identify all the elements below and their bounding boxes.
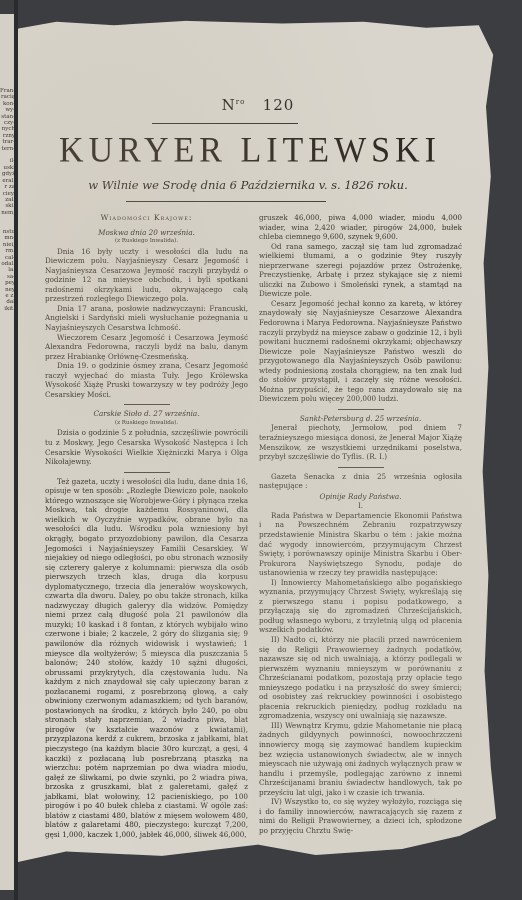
opinion-heading: Opinije Rady Państwa. xyxy=(259,492,462,502)
publication-dateline: w Wilnie we Srodę dnia 6 Października v.… xyxy=(8,178,488,192)
roman-numeral: I. xyxy=(259,501,462,511)
article-paragraph: Dzisia o godzinie 5 z południa, szczęśli… xyxy=(45,428,248,466)
petersburg-dateline: Sankt-Petersburg d. 25 września. xyxy=(259,414,462,424)
right-column: gruszek 46,000, piwa 4,000 wiader, miodu… xyxy=(259,213,462,835)
masthead-rule-bottom xyxy=(126,201,326,202)
article-paragraph: Jenerał piechoty, Jermołow, pod dniem 7 … xyxy=(259,423,462,461)
issue-prefix: N xyxy=(222,96,236,114)
moskwa-source: (z Ruskiego Inwalida). xyxy=(45,237,248,247)
article-paragraph: Też gazeta, uczty i wesołości dla ludu, … xyxy=(45,477,248,840)
article-paragraph: II) Nadto ci, którzy nie płacili przed n… xyxy=(259,635,462,721)
newspaper-page: Nro 120 KURYER LITEWSKI w Wilnie we Srod… xyxy=(18,20,498,888)
issue-suffix: ro xyxy=(236,98,246,106)
newspaper-title: KURYER LITEWSKI xyxy=(10,131,490,171)
section-heading: Wiadomości Krajowe: xyxy=(45,213,248,223)
article-separator xyxy=(124,404,170,405)
article-paragraph: I) Innowiercy Mahometańskiego albo pogań… xyxy=(259,578,462,635)
article-paragraph: Rada Państwa w Departamencie Ekonomii Pa… xyxy=(259,511,462,578)
book-binding-gutter xyxy=(14,0,18,900)
article-paragraph: Dnia 19. o godzinie ósmey zrana, Cesarz … xyxy=(45,361,248,399)
article-paragraph: Dnia 16 były uczty i wesołości dla ludu … xyxy=(45,247,248,304)
article-paragraph: Wieczorem Cesarz Jegomość i Cesarzowa Je… xyxy=(45,333,248,362)
masthead-rule-top xyxy=(152,123,298,124)
article-paragraph: Dnia 17 arana, posłowie nadzwyczayni: Fr… xyxy=(45,304,248,333)
article-paragraph: III) Wewnątrz Krymu, gdzie Mahometanie n… xyxy=(259,721,462,797)
article-separator xyxy=(338,409,384,410)
issue-number: Nro 120 xyxy=(18,96,498,114)
issue-number-value: 120 xyxy=(263,96,295,114)
carskie-sielo-source: (z Ruskiego Inwalida). xyxy=(45,419,248,429)
senate-intro: Gazeta Senacka z dnia 25 września ogłosi… xyxy=(259,472,462,491)
left-column: Wiadomości Krajowe: Moskwa dnia 20 wrześ… xyxy=(45,213,248,839)
article-paragraph: gruszek 46,000, piwa 4,000 wiader, miodu… xyxy=(259,213,462,242)
article-separator xyxy=(338,467,384,468)
article-paragraph: IV) Wszystko to, co się wyżey wyłożyło, … xyxy=(259,797,462,835)
article-separator xyxy=(124,472,170,473)
article-paragraph: Od rana samego, zaczął się tam lud zgrom… xyxy=(259,242,462,299)
carskie-sielo-dateline: Carskie Sioło d. 27 września. xyxy=(45,409,248,419)
moskwa-dateline: Moskwa dnia 20 września. xyxy=(45,228,248,238)
article-paragraph: Cesarz Jegomość jechał konno za karetą, … xyxy=(259,299,462,404)
